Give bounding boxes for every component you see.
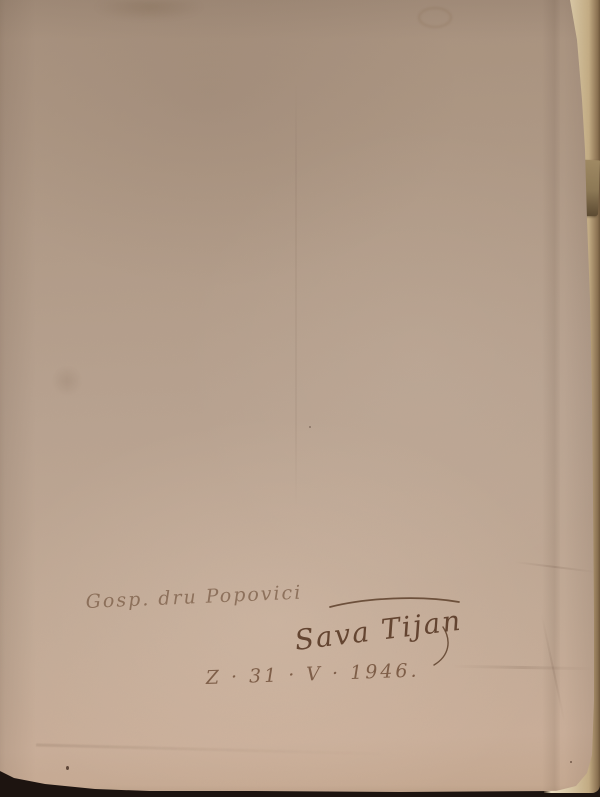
inscription-date: Z · 31 · V · 1946.	[204, 660, 419, 689]
handwritten-inscription: Gosp. dru Popovici Sava Tijan Z · 31 · V…	[0, 0, 600, 797]
inscription-signature: Sava Tijan	[293, 604, 464, 657]
scanned-page: Gosp. dru Popovici Sava Tijan Z · 31 · V…	[0, 0, 600, 797]
scanner-background: Gosp. dru Popovici Sava Tijan Z · 31 · V…	[0, 0, 600, 797]
inscription-dedication: Gosp. dru Popovici	[85, 582, 302, 613]
